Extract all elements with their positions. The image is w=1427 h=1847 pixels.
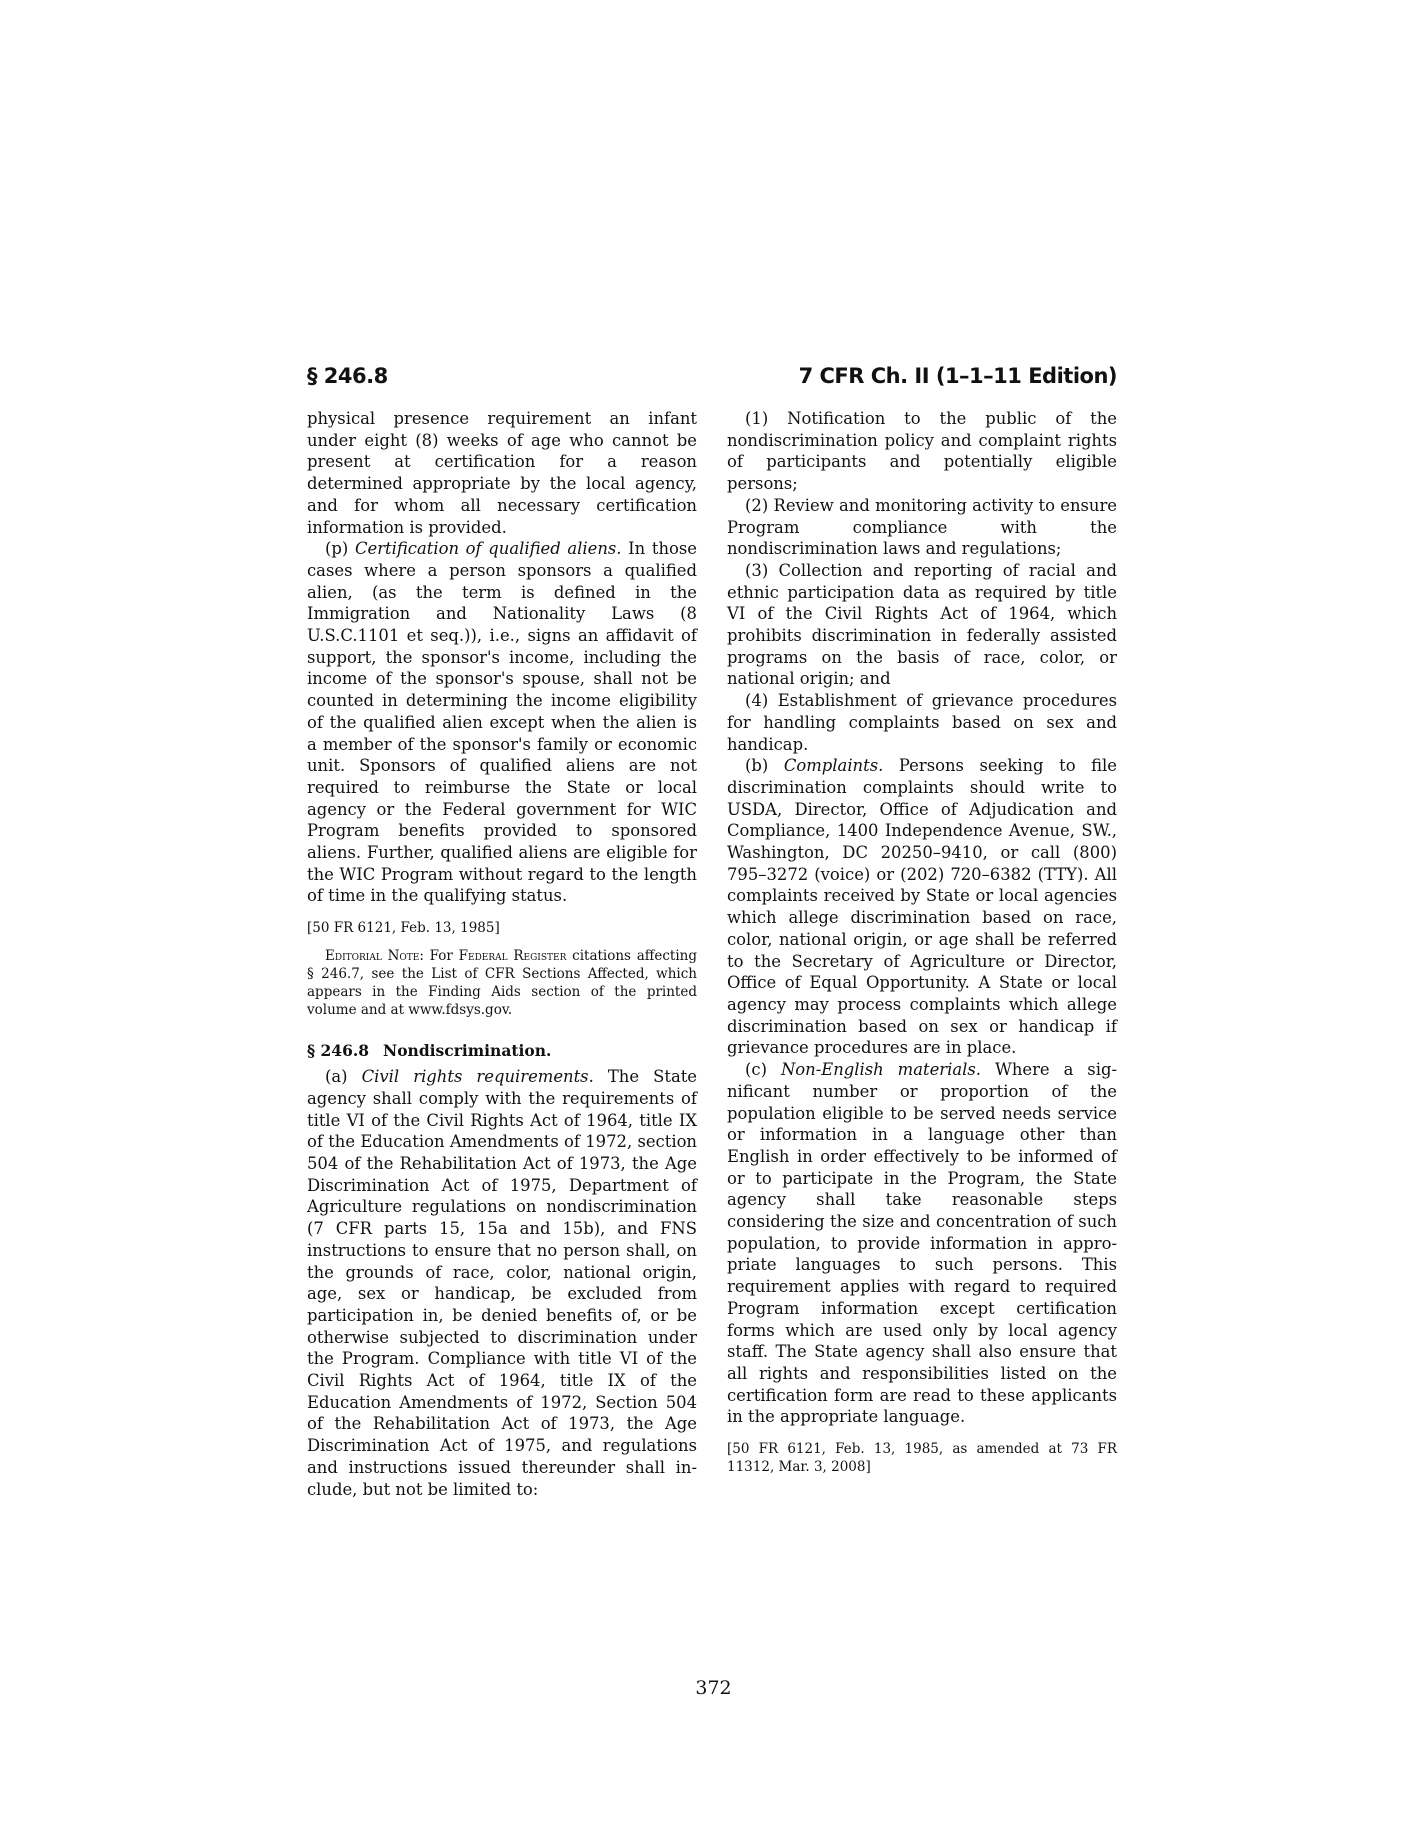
paragraph-label: (b) (745, 756, 768, 775)
paragraph-title: Civil rights requirements. (362, 1067, 594, 1086)
paragraph-text: Persons seeking to file discrimination c… (727, 756, 1117, 1057)
paragraph-text: Where a sig­nificant number or proportio… (727, 1060, 1117, 1426)
running-head-edition: 7 CFR Ch. II (1–1–11 Edition) (799, 364, 1117, 388)
paragraph-b: (b) Complaints. Persons seeking to file … (727, 755, 1117, 1059)
paragraph-label: (c) (745, 1060, 767, 1079)
paragraph-label: (a) (325, 1067, 348, 1086)
section-number: § 246.8 (307, 1041, 369, 1060)
right-column: (1) Notification to the public of the no… (727, 408, 1117, 1486)
section-title: Nondiscrimination. (383, 1041, 551, 1060)
editorial-note-label: Editorial Note: (325, 948, 424, 964)
federal-register-label: Federal Register (459, 948, 567, 964)
page-number: 372 (0, 1677, 1427, 1699)
list-item-1: (1) Notification to the public of the no… (727, 408, 1117, 495)
paragraph-p: (p) Certification of qualified aliens. I… (307, 538, 697, 907)
paragraph-label: (p) (325, 539, 348, 558)
source-note: [50 FR 6121, Feb. 13, 1985] (307, 919, 697, 937)
continued-paragraph: physical presence requirement an in­fant… (307, 408, 697, 538)
running-head-section: § 246.8 (307, 364, 388, 388)
paragraph-a: (a) Civil rights requirements. The State… (307, 1066, 697, 1500)
paragraph-title: Complaints. (784, 756, 883, 775)
paragraph-text: The State agency shall comply with the r… (307, 1067, 697, 1498)
list-item-2: (2) Review and monitoring activity to en… (727, 495, 1117, 560)
section-heading: § 246.8Nondiscrimination. (307, 1041, 697, 1061)
paragraph-title: Certification of qualified aliens. (355, 539, 622, 558)
paragraph-c: (c) Non-English materials. Where a sig­n… (727, 1059, 1117, 1428)
left-column: physical presence requirement an in­fant… (307, 408, 697, 1500)
list-item-4: (4) Establishment of grievance proce­dur… (727, 690, 1117, 755)
source-note: [50 FR 6121, Feb. 13, 1985, as amended a… (727, 1440, 1117, 1476)
list-item-3: (3) Collection and reporting of racial a… (727, 560, 1117, 690)
editorial-note: Editorial Note: For Federal Register ci­… (307, 947, 697, 1019)
paragraph-text: In those cases where a person sponsors a… (307, 539, 697, 905)
paragraph-title: Non-English materials. (781, 1060, 981, 1079)
editorial-note-text-before: For (430, 948, 453, 964)
